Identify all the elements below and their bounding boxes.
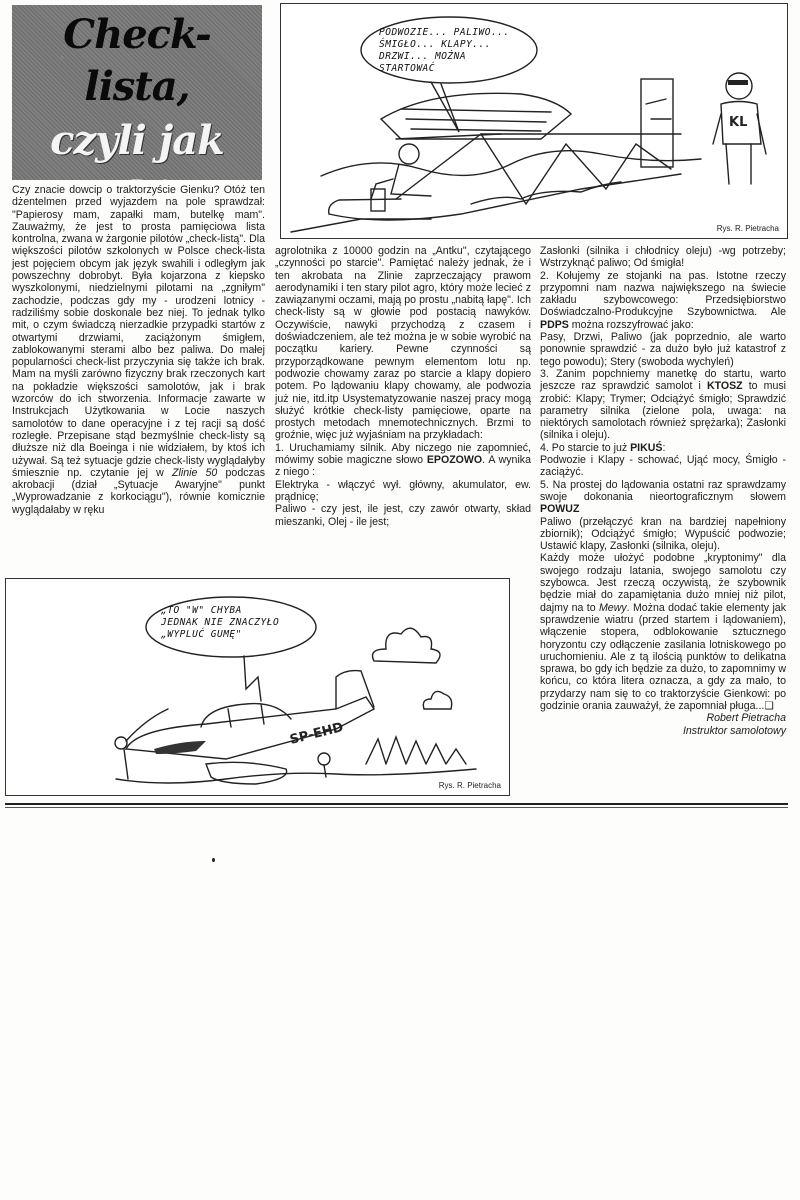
col2-paragraph-1: agrolotnika z 10000 godzin na „Antku", c… (275, 245, 531, 442)
col3-paragraph-9: Każdy może ułożyć podobne „kryptonimy" d… (540, 552, 786, 712)
scan-speck (212, 858, 215, 862)
col3-paragraph-4: 3. Zanim popchniemy manetkę do startu, w… (540, 368, 786, 442)
cartoon-crashed-plane: SP-EHD „To "W" chyba jednak nie znaczyło… (5, 578, 510, 796)
col1-paragraph: Czy znacie dowcip o traktorzyście Gienku… (12, 184, 265, 516)
col2-paragraph-4: Paliwo - czy jest, ile jest, czy zawór o… (275, 503, 531, 528)
col3-paragraph-7: 5. Na prostej do lądowania ostatni raz s… (540, 479, 786, 516)
article-column-1: Czy znacie dowcip o traktorzyście Gienku… (12, 184, 265, 516)
col2-paragraph-3: Elektryka - włączyć wył. główny, akumula… (275, 479, 531, 504)
col3-paragraph-6: Podwozie i Klapy - schować, Ująć mocy, Ś… (540, 454, 786, 479)
bottom-rule-thick (5, 803, 788, 805)
col3-paragraph-8: Paliwo (przełączyć kran na bardziej nape… (540, 516, 786, 553)
col2-paragraph-2: 1. Uruchamiamy silnik. Aby niczego nie z… (275, 442, 531, 479)
bottom-cartoon-credit: Rys. R. Pietracha (439, 781, 501, 790)
top-cartoon-credit: Rys. R. Pietracha (717, 224, 779, 233)
title-line-2: czyli jak (12, 113, 262, 169)
bottom-cartoon-speech: „To "W" chyba jednak nie znaczyło „wyplu… (161, 605, 279, 641)
author-name: Robert Pietracha (540, 712, 786, 724)
top-cartoon-speech: Podwozie... paliwo... Śmigło... klapy...… (379, 27, 510, 75)
col3-paragraph-1: Zasłonki (silnika i chłodnicy oleju) -wg… (540, 245, 786, 270)
mewy-italic: Mewy (599, 602, 627, 614)
end-mark-icon: ❑ (764, 700, 774, 712)
col3-paragraph-5: 4. Po starcie to już PIKUŚ: (540, 442, 786, 454)
cartoon-glider-checklist: KL Podwozie... paliwo... Śmigło... klapy… (280, 3, 788, 239)
article-title-box: Check-lista, czyli jak sobie pomóc (12, 5, 262, 180)
keyword-ktosz: KTOSZ (707, 380, 743, 392)
keyword-powuz: POWUZ (540, 503, 579, 515)
author-role: Instruktor samolotowy (540, 725, 786, 737)
shirt-label: KL (729, 115, 747, 130)
keyword-pdps: PDPS (540, 319, 569, 331)
title-line-1: Check-lista, (12, 9, 262, 113)
title-line-3: sobie pomóc (12, 169, 262, 180)
zlin-50-italic: Zlinie 50 (172, 467, 217, 479)
glider-drawing-icon: KL (281, 4, 786, 237)
keyword-pikus: PIKUŚ (630, 442, 662, 454)
article-column-3: Zasłonki (silnika i chłodnicy oleju) -wg… (540, 245, 786, 737)
article-column-2: agrolotnika z 10000 godzin na „Antku", c… (275, 245, 531, 528)
keyword-epozowo: EPOZOWO (427, 454, 482, 466)
col3-paragraph-3: Pasy, Drzwi, Paliwo (jak poprzednio, ale… (540, 331, 786, 368)
plane-registration: SP-EHD (288, 720, 345, 748)
col3-paragraph-2: 2. Kołujemy ze stojanki na pas. Istotne … (540, 270, 786, 331)
bottom-rule-thin (5, 807, 788, 808)
